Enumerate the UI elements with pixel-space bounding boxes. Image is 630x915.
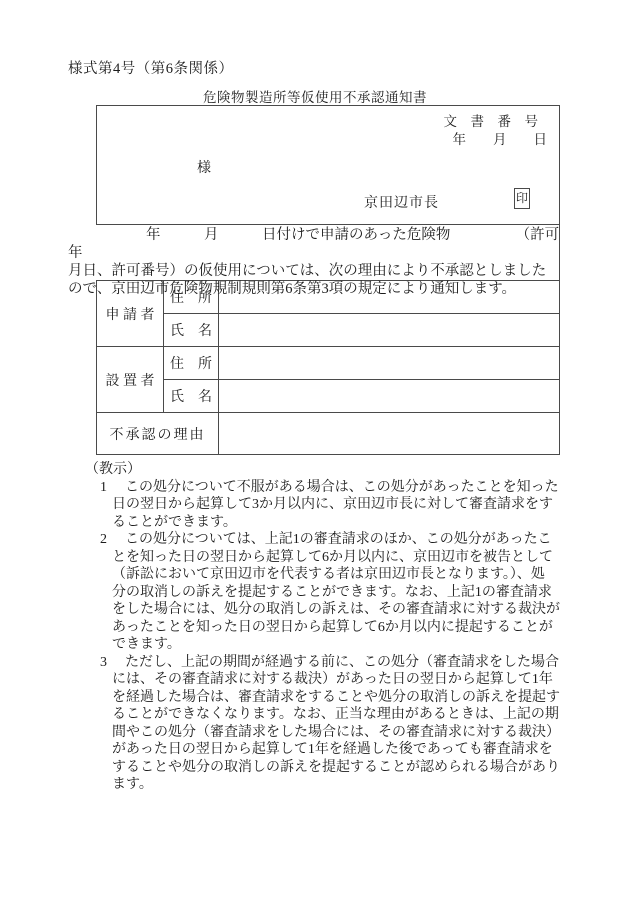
item-number: 1 — [100, 479, 107, 497]
notice-header-section: 文 書 番 号 年 月 日 様 京田辺市長 印 — [96, 105, 560, 225]
item-number: 2 — [100, 531, 107, 549]
applicant-table: 申 請 者 住 所 氏 名 設 置 者 住 所 氏 名 不承認の理由 — [96, 280, 560, 455]
appeal-instruction-item-1: 1 この処分について不服がある場合は、この処分があったことを知った 日の翌日から… — [112, 479, 562, 532]
installer-address-label: 住 所 — [164, 347, 219, 380]
notice-body-paragraph: 年 月 日付けで申請のあった危険物 （許可年 月日、許可番号）の仮使用については… — [68, 226, 568, 298]
addressee-suffix: 様 — [197, 157, 211, 177]
document-page: 様式第4号（第6条関係） 危険物製造所等仮使用不承認通知書 文 書 番 号 年 … — [0, 0, 630, 915]
appeal-instruction-item-2: 2 この処分については、上記1の審査請求のほか、この処分があったこ とを知った日… — [112, 531, 562, 654]
issuer-name: 京田辺市長 — [364, 192, 439, 212]
disapproval-reason-label: 不承認の理由 — [97, 413, 219, 455]
item-text: ただし、上記の期間が経過する前に、この処分（審査請求をした場合 には、その審査請… — [112, 654, 562, 794]
appeal-instruction-item-3: 3 ただし、上記の期間が経過する前に、この処分（審査請求をした場合 には、その審… — [112, 654, 562, 794]
applicant-name-label: 氏 名 — [164, 314, 219, 347]
form-number: 様式第4号（第6条関係） — [68, 57, 234, 78]
item-number: 3 — [100, 654, 107, 672]
document-number-label: 文 書 番 号 — [444, 110, 539, 130]
applicant-name-value — [219, 314, 560, 347]
appeal-instructions-heading: （教示） — [85, 461, 562, 479]
installer-label: 設 置 者 — [97, 347, 164, 413]
disapproval-reason-value — [219, 413, 560, 455]
installer-name-label: 氏 名 — [164, 380, 219, 413]
installer-name-value — [219, 380, 560, 413]
seal-placeholder: 印 — [514, 188, 530, 209]
notice-form-box: 文 書 番 号 年 月 日 様 京田辺市長 印 年 月 日付けで申請のあった危険… — [96, 105, 560, 455]
appeal-instructions: （教示） 1 この処分について不服がある場合は、この処分があったことを知った 日… — [85, 461, 562, 794]
document-date-label: 年 月 日 — [453, 128, 548, 148]
installer-address-value — [219, 347, 560, 380]
document-title: 危険物製造所等仮使用不承認通知書 — [0, 86, 630, 106]
item-text: この処分について不服がある場合は、この処分があったことを知った 日の翌日から起算… — [112, 479, 562, 532]
item-text: この処分については、上記1の審査請求のほか、この処分があったこ とを知った日の翌… — [112, 531, 562, 654]
notice-body-section: 年 月 日付けで申請のあった危険物 （許可年 月日、許可番号）の仮使用については… — [96, 225, 560, 280]
